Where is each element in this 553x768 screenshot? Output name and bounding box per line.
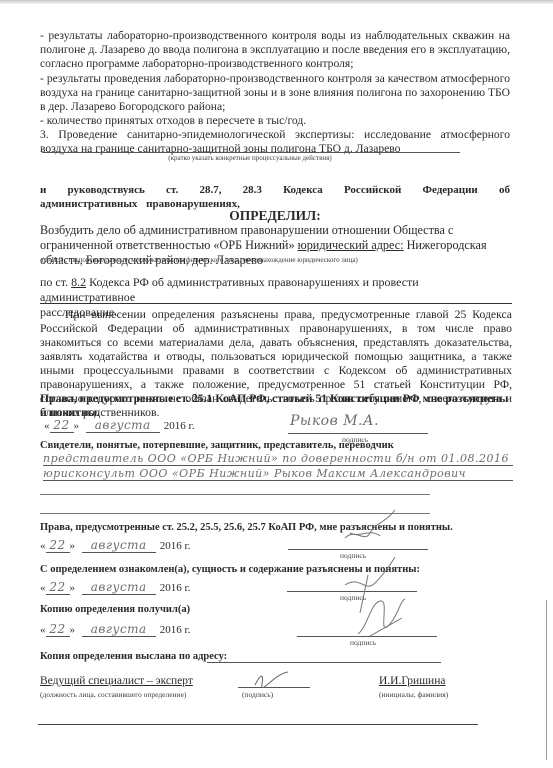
section3-month: августа	[82, 580, 156, 595]
intro-item-1: - результаты лабораторно-производственно…	[40, 29, 510, 71]
article-prefix: по ст.	[40, 275, 71, 289]
section1-day: 22	[50, 418, 74, 433]
scan-top-edge	[0, 0, 553, 4]
section1-date: «22» августа2016 г.	[44, 418, 195, 433]
footer-sign-caption: (подпись)	[242, 690, 273, 699]
footer-name: И.И.Гришина	[379, 675, 445, 687]
section4-day: 22	[46, 622, 70, 637]
section2-day: 22	[46, 538, 70, 553]
section4-date: «22» августа2016 г.	[40, 622, 191, 637]
section1-signature: Рыков М.А.	[290, 413, 379, 429]
sent-to-address-line	[207, 662, 441, 663]
witnesses-title: Свидетели, понятые, потерпевшие, защитни…	[40, 440, 394, 451]
section3-date: «22» августа2016 г.	[40, 580, 191, 595]
witnesses-blank-line1	[40, 494, 430, 495]
footer-position: Ведущий специалист – эксперт	[40, 675, 193, 687]
footer-position-caption: (должность лица, составившего определени…	[40, 690, 186, 699]
article-number: 8.2	[71, 275, 86, 289]
legal-address-label: юридический адрес:	[298, 238, 404, 252]
actions-line	[42, 152, 460, 153]
section3-year: 2016 г.	[160, 582, 191, 594]
section3-day: 22	[46, 580, 70, 595]
person-caption: (Ф.И.О., паспортные данные, место житель…	[42, 256, 512, 265]
section4-month: августа	[82, 622, 156, 637]
article-underline	[40, 303, 512, 304]
section1-sign-line	[288, 433, 428, 434]
witnesses-line1: представитель ООО «ОРБ Нижний» по довере…	[43, 452, 513, 466]
section4-signature-icon	[350, 596, 410, 648]
section1-title: Права, предусмотренные ст. 25.1 КоАП РФ,…	[40, 392, 510, 420]
section1-month: августа	[86, 418, 160, 433]
decision-heading: ОПРЕДЕЛИЛ:	[40, 208, 510, 224]
bottom-rule	[38, 724, 478, 725]
section2-signature-icon	[340, 508, 400, 550]
section1-year: 2016 г.	[164, 420, 195, 432]
actions-caption: (кратко указать конкретные процессуальны…	[40, 154, 460, 163]
footer-signature-icon	[252, 670, 292, 688]
section4-year: 2016 г.	[160, 624, 191, 636]
sent-to-label: Копия определения выслана по адресу:	[40, 651, 227, 662]
footer-name-caption: (инициалы, фамилия)	[379, 690, 448, 699]
article-suffix: Кодекса РФ об административных правонару…	[40, 275, 419, 304]
section4-title: Копию определения получил(а)	[40, 604, 190, 615]
section2-month: августа	[82, 538, 156, 553]
section2-date: «22» августа2016 г.	[40, 538, 191, 553]
section2-year: 2016 г.	[160, 540, 191, 552]
witnesses-line2: юрисконсульт ООО «ОРБ Нижний» Рыков Макс…	[43, 467, 513, 481]
guided-by-text: и руководствуясь ст. 28.7, 28.3 Кодекса …	[40, 183, 510, 211]
intro-item-2: - результаты проведения лабораторно-прои…	[40, 72, 510, 114]
intro-item-3: - количество принятых отходов в пересчет…	[40, 114, 510, 128]
scan-right-edge	[546, 600, 547, 760]
